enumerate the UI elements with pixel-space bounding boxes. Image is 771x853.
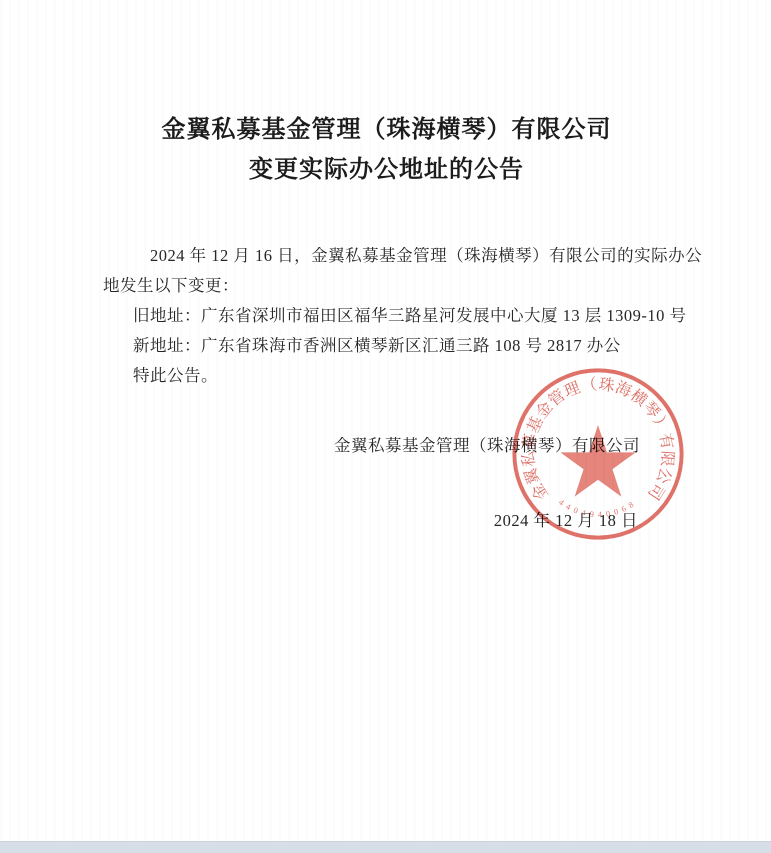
document-title-line2: 变更实际办公地址的公告 (103, 150, 670, 190)
company-signature: 金翼私募基金管理（珠海横琴）有限公司 (103, 431, 670, 461)
document-page: 金翼私募基金管理（珠海横琴）有限公司 变更实际办公地址的公告 2024 年 12… (0, 0, 771, 536)
horizontal-scrollbar-track[interactable] (0, 841, 771, 853)
document-title-line1: 金翼私募基金管理（珠海横琴）有限公司 (103, 110, 670, 150)
document-body: 2024 年 12 月 16 日，金翼私募基金管理（珠海横琴）有限公司的实际办公… (103, 241, 670, 391)
new-address-line: 新地址：广东省珠海市香洲区横琴新区汇通三路 108 号 2817 办公 (103, 331, 670, 361)
closing-line: 特此公告。 (103, 361, 670, 391)
body-paragraph-line2: 地发生以下变更： (103, 271, 670, 301)
old-address-line: 旧地址：广东省深圳市福田区福华三路星河发展中心大厦 13 层 1309-10 号 (103, 301, 670, 331)
body-paragraph-line1: 2024 年 12 月 16 日，金翼私募基金管理（珠海横琴）有限公司的实际办公 (103, 241, 670, 271)
signature-date: 2024 年 12 月 18 日 (103, 506, 670, 536)
document-viewer: 金翼私募基金管理（珠海横琴）有限公司 变更实际办公地址的公告 2024 年 12… (0, 0, 771, 853)
